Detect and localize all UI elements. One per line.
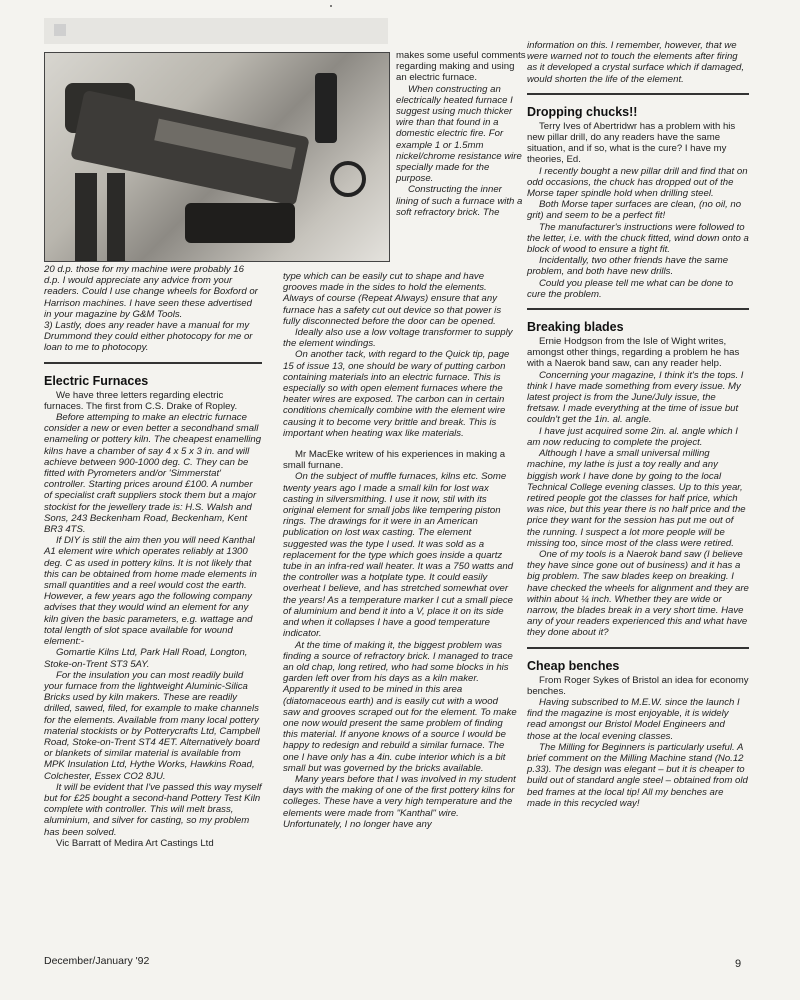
handwheel: [330, 161, 366, 197]
paragraph: Incidentally, two other friends have the…: [527, 255, 749, 277]
issue-date: December/January '92: [44, 955, 149, 967]
section-heading: Electric Furnaces: [44, 374, 262, 388]
column-2: type which can be easily cut to shape an…: [283, 271, 517, 830]
signoff: Vic Barratt of Medira Art Castings Ltd: [44, 838, 262, 849]
paragraph: The manufacturer's instructions were fol…: [527, 222, 749, 256]
stand-leg: [75, 173, 97, 262]
page-number: 9: [735, 958, 741, 970]
section-heading: Breaking blades: [527, 320, 749, 334]
paragraph: I have just acquired some 2in. al. angle…: [527, 426, 749, 448]
paragraph: Both Morse taper surfaces are clean, (no…: [527, 199, 749, 221]
paragraph: When constructing an electrically heated…: [396, 84, 526, 185]
column-3: information on this. I remember, however…: [527, 40, 749, 809]
paragraph: makes some useful comments regarding mak…: [396, 50, 526, 84]
paragraph: The Milling for Beginners is particularl…: [527, 742, 749, 809]
paragraph: Concerning your magazine, I think it's t…: [527, 370, 749, 426]
paragraph: Although I have a small universal millin…: [527, 448, 749, 549]
paragraph: 3) Lastly, does any reader have a manual…: [44, 320, 262, 354]
section-heading: Cheap benches: [527, 659, 749, 673]
paragraph: Terry Ives of Abertridwr has a problem w…: [527, 121, 749, 166]
section-heading: Dropping chucks!!: [527, 105, 749, 119]
paragraph: Could you please tell me what can be don…: [527, 278, 749, 300]
lathe-motor: [315, 73, 337, 143]
section-divider: [527, 93, 749, 95]
column-1: 20 d.p. those for my machine were probab…: [44, 264, 262, 849]
magazine-page: makes some useful comments regarding mak…: [0, 0, 800, 1000]
lathe-photo: [44, 52, 390, 262]
paragraph: It will be evident that I've passed this…: [44, 782, 262, 838]
paragraph: From Roger Sykes of Bristol an idea for …: [527, 675, 749, 697]
paragraph: Mr MacEke writew of his experiences in m…: [283, 449, 517, 471]
lathe-base: [185, 203, 295, 243]
paragraph: We have three letters regarding electric…: [44, 390, 262, 412]
paragraph: On another tack, with regard to the Quic…: [283, 349, 517, 439]
photo-tab: [44, 18, 388, 44]
section-divider: [527, 647, 749, 649]
paragraph: One of my tools is a Naerok band saw (I …: [527, 549, 749, 639]
paragraph: 20 d.p. those for my machine were probab…: [44, 264, 262, 320]
paragraph: I recently bought a new pillar drill and…: [527, 166, 749, 200]
paragraph: For the insulation you can most readily …: [44, 670, 262, 782]
paragraph: Ernie Hodgson from the Isle of Wight wri…: [527, 336, 749, 370]
print-speck: [330, 5, 332, 7]
section-divider: [527, 308, 749, 310]
paragraph: Having subscribed to M.E.W. since the la…: [527, 697, 749, 742]
section-divider: [44, 362, 262, 364]
photo-block: [44, 18, 388, 260]
paragraph: Many years before that I was involved in…: [283, 774, 517, 830]
paragraph: Gomartie Kilns Ltd, Park Hall Road, Long…: [44, 647, 262, 669]
paragraph: If DIY is still the aim then you will ne…: [44, 535, 262, 647]
paragraph: information on this. I remember, however…: [527, 40, 749, 85]
paragraph: Before attemping to make an electric fur…: [44, 412, 262, 535]
photo-number-box: [54, 24, 66, 36]
paragraph: type which can be easily cut to shape an…: [283, 271, 517, 327]
column-2-top: makes some useful comments regarding mak…: [396, 50, 526, 218]
paragraph: At the time of making it, the biggest pr…: [283, 640, 517, 774]
paragraph: Constructing the inner lining of such a …: [396, 184, 526, 218]
paragraph: Ideally also use a low voltage transform…: [283, 327, 517, 349]
paragraph: On the subject of muffle furnaces, kilns…: [283, 471, 517, 639]
stand-leg: [107, 173, 125, 262]
